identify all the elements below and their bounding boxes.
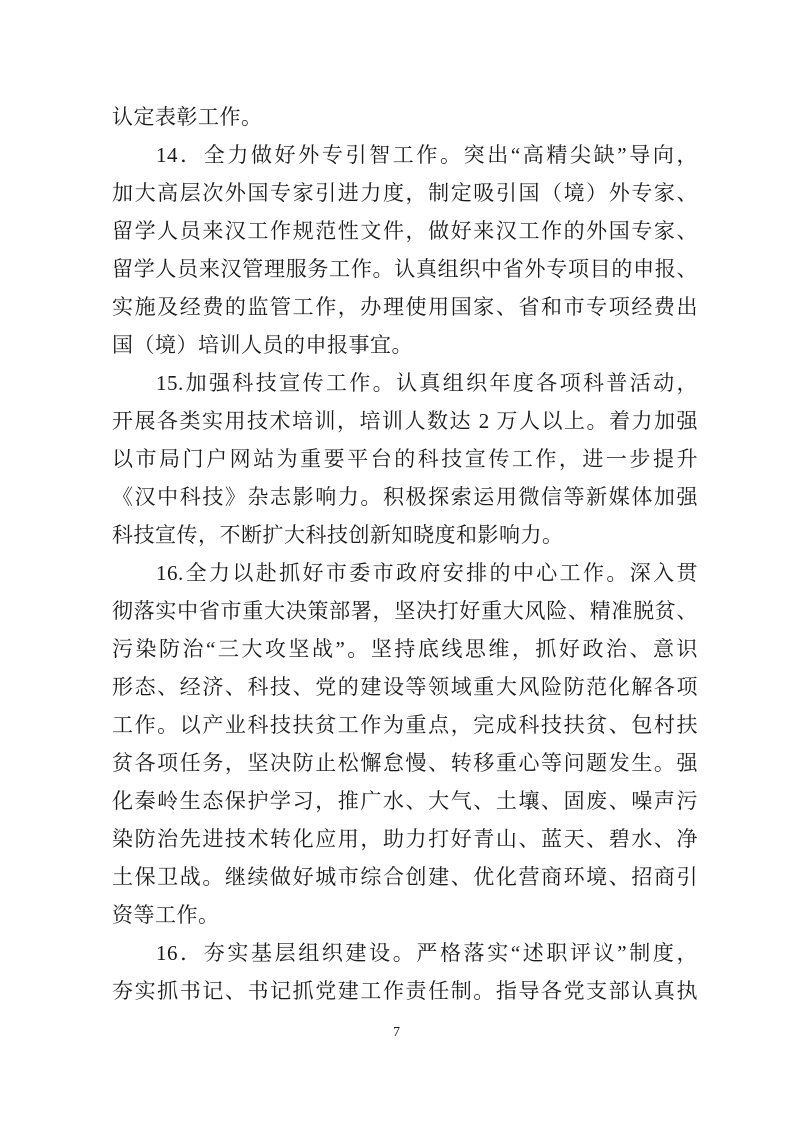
paragraph: 16.全力以赴抓好市委市政府安排的中心工作。深入贯 彻落实中省市重大决策部署，坚… — [112, 554, 698, 934]
text-line: 15.加强科技宣传工作。认真组织年度各项科普活动， — [112, 364, 698, 402]
text-line: 14．全力做好外专引智工作。突出“高精尖缺”导向， — [112, 136, 698, 174]
text-line: 留学人员来汉管理服务工作。认真组织中省外专项目的申报、 — [112, 250, 698, 288]
text-line: 认定表彰工作。 — [112, 98, 698, 136]
page-number: 7 — [0, 1014, 793, 1052]
document-body: 认定表彰工作。 14．全力做好外专引智工作。突出“高精尖缺”导向， 加大高层次外… — [112, 98, 698, 1010]
text-line: 化秦岭生态保护学习，推广水、大气、土壤、固废、噪声污 — [112, 782, 698, 820]
text-line: 16.全力以赴抓好市委市政府安排的中心工作。深入贯 — [112, 554, 698, 592]
text-line: 贫各项任务，坚决防止松懈怠慢、转移重心等问题发生。强 — [112, 744, 698, 782]
text-line: 夯实抓书记、书记抓党建工作责任制。指导各党支部认真执 — [112, 972, 698, 1010]
text-line: 彻落实中省市重大决策部署，坚决打好重大风险、精准脱贫、 — [112, 592, 698, 630]
text-line: 留学人员来汉工作规范性文件，做好来汉工作的外国专家、 — [112, 212, 698, 250]
text-line: 染防治先进技术转化应用，助力打好青山、蓝天、碧水、净 — [112, 820, 698, 858]
paragraph: 认定表彰工作。 — [112, 98, 698, 136]
text-line: 污染防治“三大攻坚战”。坚持底线思维，抓好政治、意识 — [112, 630, 698, 668]
document-page: 认定表彰工作。 14．全力做好外专引智工作。突出“高精尖缺”导向， 加大高层次外… — [0, 0, 793, 1122]
text-line: 国（境）培训人员的申报事宜。 — [112, 326, 698, 364]
text-line: 16．夯实基层组织建设。严格落实“述职评议”制度， — [112, 934, 698, 972]
text-line: 科技宣传，不断扩大科技创新知晓度和影响力。 — [112, 516, 698, 554]
text-line: 《汉中科技》杂志影响力。积极探索运用微信等新媒体加强 — [112, 478, 698, 516]
text-line: 工作。以产业科技扶贫工作为重点，完成科技扶贫、包村扶 — [112, 706, 698, 744]
text-line: 开展各类实用技术培训，培训人数达 2 万人以上。着力加强 — [112, 402, 698, 440]
paragraph: 15.加强科技宣传工作。认真组织年度各项科普活动， 开展各类实用技术培训，培训人… — [112, 364, 698, 554]
text-line: 形态、经济、科技、党的建设等领域重大风险防范化解各项 — [112, 668, 698, 706]
paragraph: 14．全力做好外专引智工作。突出“高精尖缺”导向， 加大高层次外国专家引进力度，… — [112, 136, 698, 364]
text-line: 土保卫战。继续做好城市综合创建、优化营商环境、招商引 — [112, 858, 698, 896]
text-line: 加大高层次外国专家引进力度，制定吸引国（境）外专家、 — [112, 174, 698, 212]
text-line: 资等工作。 — [112, 896, 698, 934]
text-line: 以市局门户网站为重要平台的科技宣传工作，进一步提升 — [112, 440, 698, 478]
paragraph: 16．夯实基层组织建设。严格落实“述职评议”制度， 夯实抓书记、书记抓党建工作责… — [112, 934, 698, 1010]
text-line: 实施及经费的监管工作，办理使用国家、省和市专项经费出 — [112, 288, 698, 326]
